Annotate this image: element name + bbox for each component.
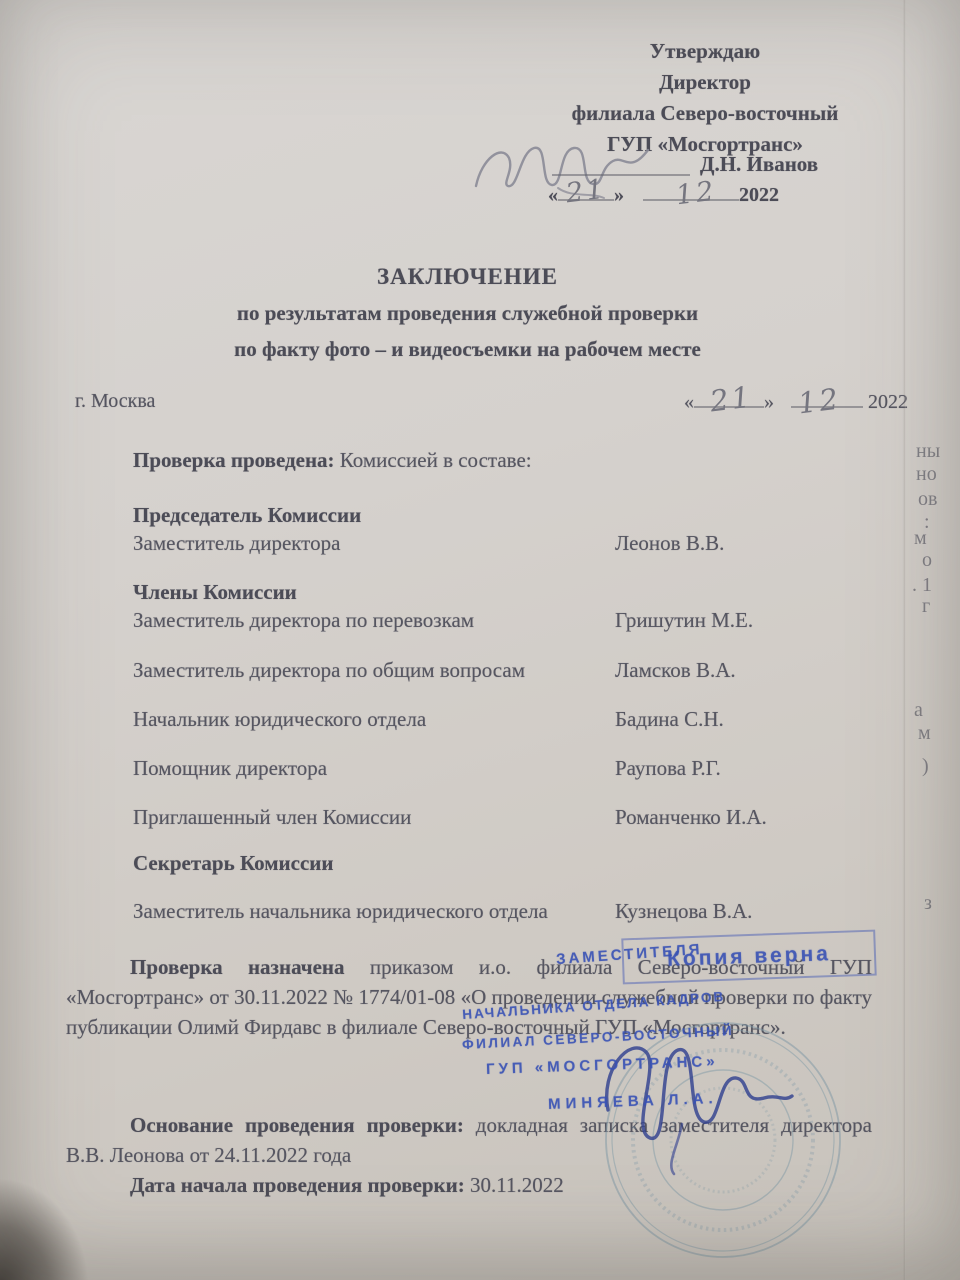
dateline-year: 2022 xyxy=(868,391,908,413)
edge-text-fragment: о xyxy=(922,549,932,572)
edge-text-fragment: ны xyxy=(916,440,940,463)
document-subtitle: по факту фото – и видеосъемки на рабочем… xyxy=(70,337,865,362)
member-position: Начальник юридического отдела xyxy=(133,707,426,732)
approval-line: Директор xyxy=(540,67,870,98)
edge-text-fragment: ов xyxy=(918,488,937,511)
scanned-document-page: Утверждаю Директор филиала Северо-восточ… xyxy=(0,0,960,1280)
basis-label: Основание проведения проверки: xyxy=(130,1113,464,1137)
edge-text-fragment: но xyxy=(916,463,937,486)
signature-line xyxy=(552,150,690,176)
document-subtitle: по результатам проведения служебной пров… xyxy=(70,301,865,326)
member-name: Бадина С.Н. xyxy=(615,707,724,732)
page-crease xyxy=(903,0,906,1280)
members-heading: Члены Комиссии xyxy=(133,580,297,605)
edge-text-fragment: ) xyxy=(922,755,929,778)
secretary-heading: Секретарь Комиссии xyxy=(133,851,333,876)
city-label: г. Москва xyxy=(75,390,155,413)
start-date-text: 30.11.2022 xyxy=(465,1173,564,1197)
title-block: ЗАКЛЮЧЕНИЕ по результатам проведения слу… xyxy=(70,264,865,362)
secretary-position: Заместитель начальника юридического отде… xyxy=(133,899,548,924)
member-position: Помощник директора xyxy=(133,756,327,781)
chair-heading: Председатель Комиссии xyxy=(133,503,361,528)
approver-name: Д.Н. Иванов xyxy=(700,152,818,177)
handwritten-day: 21 xyxy=(708,380,755,419)
edge-text-fragment: г xyxy=(922,595,930,618)
chair-position: Заместитель директора xyxy=(133,531,340,556)
intro-line: Проверка проведена: Комиссией в составе: xyxy=(133,448,532,473)
edge-text-fragment: м xyxy=(914,527,927,550)
quote-close: » xyxy=(614,184,624,206)
appointed-label: Проверка назначена xyxy=(130,955,345,979)
member-name: Раупова Р.Г. xyxy=(615,756,721,781)
approval-year: 2022 xyxy=(739,184,779,206)
approval-line: филиала Северо-восточный xyxy=(540,98,870,129)
handwritten-month: 12 xyxy=(796,382,843,421)
edge-text-fragment: . 1 xyxy=(912,574,932,597)
quote-open: « xyxy=(548,184,558,206)
edge-text-fragment: а xyxy=(914,699,923,722)
member-name: Ламсков В.А. xyxy=(615,658,736,683)
approval-line: Утверждаю xyxy=(540,36,870,67)
document-title: ЗАКЛЮЧЕНИЕ xyxy=(70,264,865,290)
edge-text-fragment: м xyxy=(918,722,931,745)
start-date-label: Дата начала проведения проверки: xyxy=(130,1173,465,1197)
handwritten-month: 12 xyxy=(674,176,718,212)
quote-open: « xyxy=(684,391,694,413)
quote-close: » xyxy=(764,391,774,413)
member-name: Гришутин М.Е. xyxy=(615,608,753,633)
member-name: Романченко И.А. xyxy=(615,805,767,830)
handwritten-day: 21 xyxy=(564,174,608,210)
member-position: Приглашенный член Комиссии xyxy=(133,805,411,830)
intro-text: Комиссией в составе: xyxy=(335,448,532,472)
chair-name: Леонов В.В. xyxy=(615,531,724,556)
intro-label: Проверка проведена: xyxy=(133,448,335,472)
member-position: Заместитель директора по перевозкам xyxy=(133,608,474,633)
edge-text-fragment: з xyxy=(924,892,932,915)
member-position: Заместитель директора по общим вопросам xyxy=(133,658,525,683)
secretary-name: Кузнецова В.А. xyxy=(615,899,752,924)
